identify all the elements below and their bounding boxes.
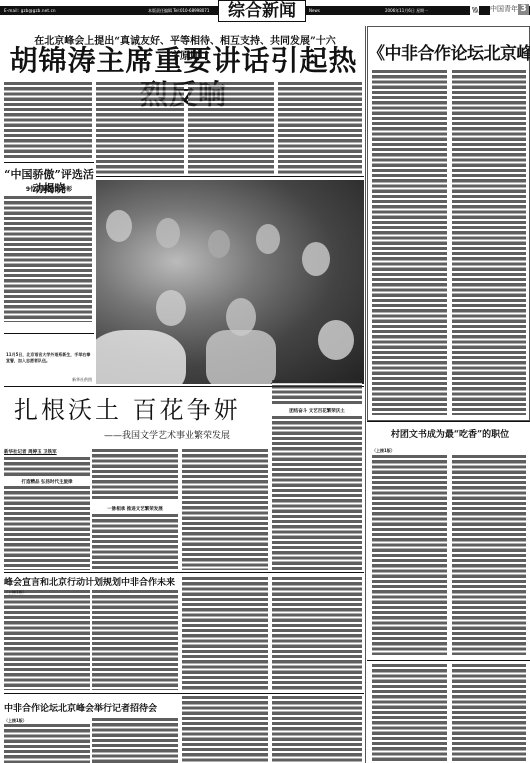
sidebar-text (4, 196, 92, 322)
culture-text-col-1a (4, 457, 90, 477)
header-news-label: News (309, 6, 320, 15)
village-clerk-headline: 村团文书成为最“吃香”的职位 (372, 428, 528, 442)
culture-headline: 扎根沃土 百花争妍 (14, 395, 264, 425)
sidebar-subhead: 9位英雄受到表彰 (4, 184, 94, 193)
culture-subsection-3: 团结奋斗 文艺百花繁荣沃土 (272, 408, 362, 414)
story1-text-col-4 (272, 577, 362, 690)
story1-text-col-1 (4, 590, 90, 690)
divider (367, 421, 530, 422)
culture-text-col-1b (4, 486, 90, 570)
story1-text-col-2 (92, 590, 178, 690)
culture-subsection-2: 一脉相承 推进文艺繁荣发展 (92, 506, 178, 512)
column-divider (365, 26, 366, 763)
declaration-title: 《中非合作论坛北京峰会宣言》 (368, 40, 530, 68)
declaration-text-col-2 (452, 70, 526, 415)
section-title: 综合新闻 (218, 0, 306, 22)
story2-text-col-3 (182, 696, 268, 763)
photo-credit: 新华社供图 (60, 377, 92, 383)
divider (367, 660, 530, 661)
story2-text-col-2 (92, 718, 178, 763)
culture-text-col-2a (92, 449, 178, 501)
lead-text-col-4 (278, 82, 362, 174)
lead-text-col-3 (188, 82, 274, 174)
header-email: E-mail: gzb@gzb.net.cn (4, 6, 56, 15)
header-editor: 本版责任编辑 Tel:010-68998071 (148, 6, 209, 15)
culture-text-col-3 (182, 449, 268, 570)
lead-text-col-1 (4, 82, 92, 160)
divider (4, 693, 364, 694)
divider (4, 333, 94, 334)
village-clerk-text-col-2 (452, 455, 526, 655)
story2-headline: 中非合作论坛北京峰会举行记者招待会 (4, 703, 184, 715)
declaration-text-col-1 (372, 70, 447, 415)
story2-text-col-4 (272, 696, 362, 763)
stripes-icon: \\\\ (470, 5, 479, 15)
village-clerk-text-col-1 (372, 455, 447, 655)
culture-text-col-2b (92, 514, 178, 570)
divider (4, 572, 364, 573)
story2-text-col-1 (4, 724, 90, 763)
divider (96, 176, 364, 177)
culture-byline: 新华社记者 周婷玉 卫铁军 (4, 449, 92, 455)
culture-text-col-4b (272, 416, 362, 570)
page-number-badge: 3 (518, 4, 529, 15)
culture-text-col-4a (272, 380, 362, 406)
story1-text-col-3 (182, 577, 268, 690)
lead-text-col-2 (96, 82, 184, 174)
right-bottom-text-col-2 (452, 664, 526, 763)
header-date: 2006年11月6日 星期一 (385, 6, 428, 15)
photo-caption: 11月5日，北京语言大学外语系新生，手举右拳宣誓，加入志愿者队伍。 (6, 352, 92, 364)
culture-subhead: ——我国文学艺术事业繁荣发展 (50, 428, 230, 441)
news-photo (96, 180, 364, 384)
divider (4, 162, 94, 163)
right-bottom-text-col-1 (372, 664, 447, 763)
culture-subsection-1: 打造精品 弘扬时代主旋律 (4, 479, 90, 485)
village-clerk-dateline: （上接1版） (372, 448, 412, 454)
